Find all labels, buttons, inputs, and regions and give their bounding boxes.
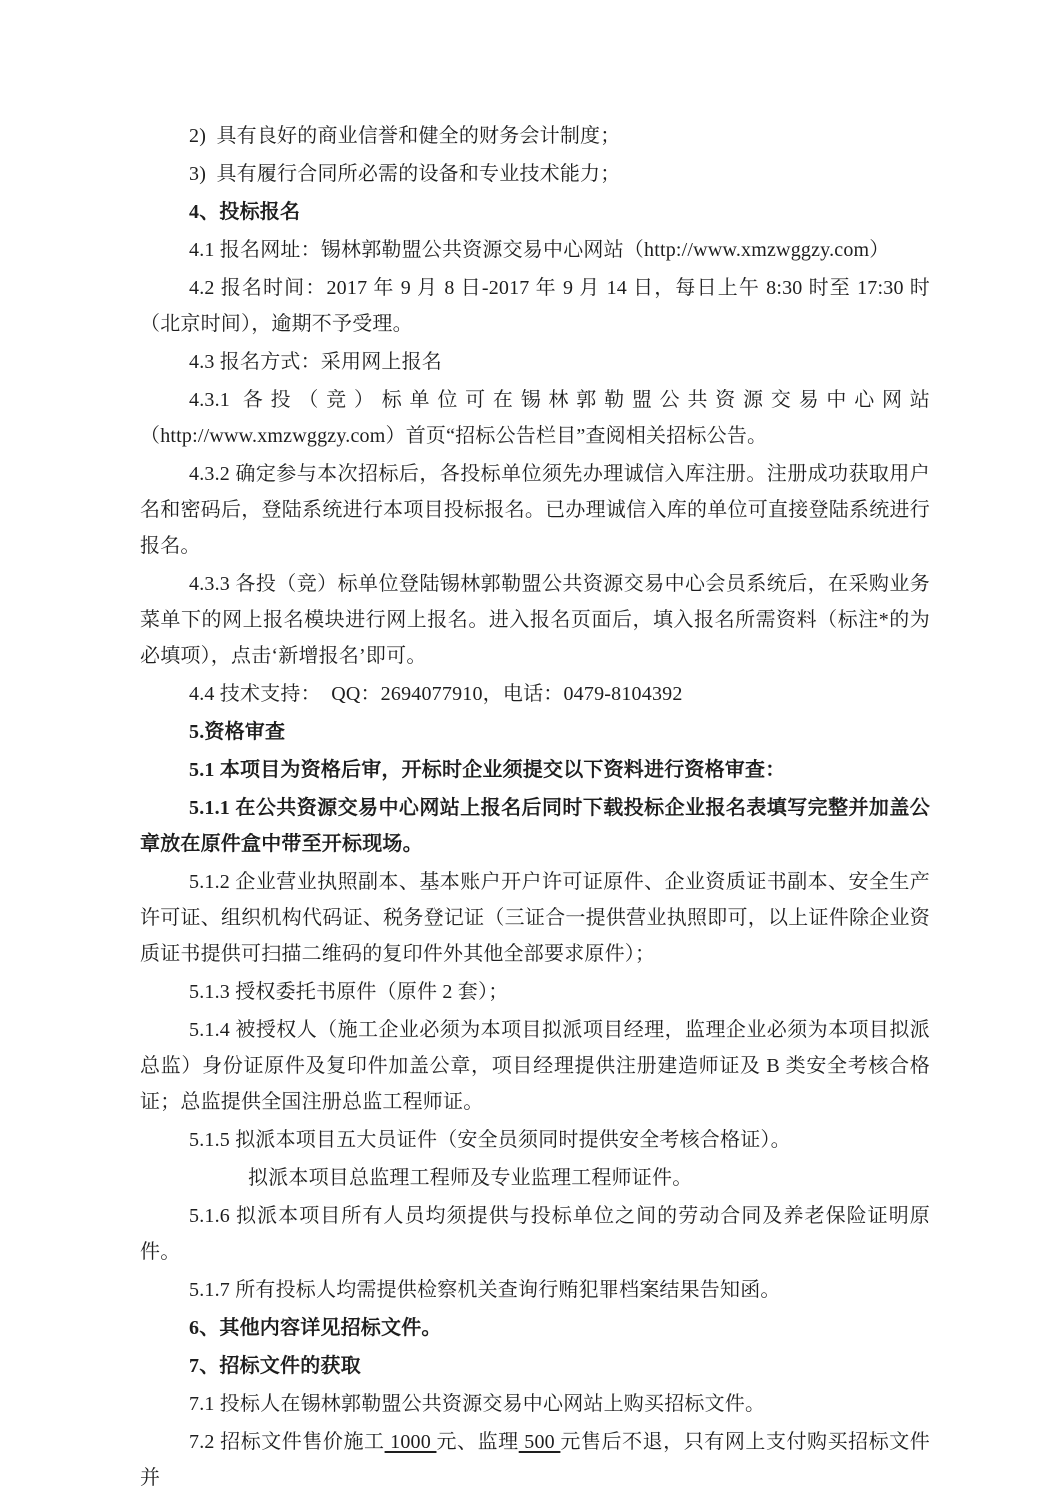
clause-5-1: 5.1 本项目为资格后审，开标时企业须提交以下资料进行资格审查： [140,752,930,788]
clause-2: 2) 具有良好的商业信誉和健全的财务会计制度； [140,118,930,154]
clause-4-3: 4.3 报名方式：采用网上报名 [140,344,930,380]
text-run: 4.3.2 确定参与本次招标后，各投标单位须先办理诚信入库注册。注册成功获取用户… [140,463,930,557]
text-run: 5.1 本项目为资格后审，开标时企业须提交以下资料进行资格审查： [189,759,785,781]
clause-5-1-6: 5.1.6 拟派本项目所有人员均须提供与投标单位之间的劳动合同及养老保险证明原件… [140,1198,930,1270]
clause-5-1-5: 5.1.5 拟派本项目五大员证件（安全员须同时提供安全考核合格证）。 [140,1122,930,1158]
text-run: 4.4 技术支持： QQ：2694077910，电话：0479-8104392 [189,683,683,705]
clause-7-1: 7.1 投标人在锡林郭勒盟公共资源交易中心网站上购买招标文件。 [140,1386,930,1422]
text-run: 5.1.4 被授权人（施工企业必须为本项目拟派项目经理，监理企业必须为本项目拟派… [140,1019,930,1113]
clause-4-1: 4.1 报名网址：锡林郭勒盟公共资源交易中心网站（http://www.xmzw… [140,232,930,268]
clause-3: 3) 具有履行合同所必需的设备和专业技术能力； [140,156,930,192]
clause-5-1-7: 5.1.7 所有投标人均需提供检察机关查询行贿犯罪档案结果告知函。 [140,1272,930,1308]
clause-4-4: 4.4 技术支持： QQ：2694077910，电话：0479-8104392 [140,676,930,712]
text-run: 4.1 报名网址：锡林郭勒盟公共资源交易中心网站（http://www.xmzw… [189,239,890,261]
text-run: 5.1.2 企业营业执照副本、基本账户开户许可证原件、企业资质证书副本、安全生产… [140,871,930,965]
text-run: 4.3.1 各投（竞）标单位可在锡林郭勒盟公共资源交易中心网站（http://w… [140,389,930,447]
clause-5-1-1: 5.1.1 在公共资源交易中心网站上报名后同时下载投标企业报名表填写完整并加盖公… [140,790,930,862]
heading-7: 7、招标文件的获取 [140,1348,930,1384]
text-run: 4.3 报名方式：采用网上报名 [189,351,442,373]
text-run: 5.1.1 在公共资源交易中心网站上报名后同时下载投标企业报名表填写完整并加盖公… [140,797,930,855]
heading-4: 4、投标报名 [140,194,930,230]
heading-5: 5.资格审查 [140,714,930,750]
text-run: 5.1.6 拟派本项目所有人员均须提供与投标单位之间的劳动合同及养老保险证明原件… [140,1205,930,1263]
underlined-value: 500 [519,1431,561,1453]
document-page: 2) 具有良好的商业信誉和健全的财务会计制度； 3) 具有履行合同所必需的设备和… [0,0,1060,1500]
clause-4-2: 4.2 报名时间：2017 年 9 月 8 日-2017 年 9 月 14 日，… [140,270,930,342]
clause-5-1-2: 5.1.2 企业营业执照副本、基本账户开户许可证原件、企业资质证书副本、安全生产… [140,864,930,972]
clause-5-1-4: 5.1.4 被授权人（施工企业必须为本项目拟派项目经理，监理企业必须为本项目拟派… [140,1012,930,1120]
text-run: 5.资格审查 [189,721,285,743]
text-run: 4、投标报名 [189,201,300,223]
note-5-1-5: 拟派本项目总监理工程师及专业监理工程师证件。 [140,1160,930,1196]
text-run: 7.2 招标文件售价施工 [189,1431,385,1453]
clause-4-3-2: 4.3.2 确定参与本次招标后，各投标单位须先办理诚信入库注册。注册成功获取用户… [140,456,930,564]
text-run: 5.1.5 拟派本项目五大员证件（安全员须同时提供安全考核合格证）。 [189,1129,791,1151]
clause-4-3-3: 4.3.3 各投（竞）标单位登陆锡林郭勒盟公共资源交易中心会员系统后，在采购业务… [140,566,930,674]
clause-5-1-3: 5.1.3 授权委托书原件（原件 2 套）； [140,974,930,1010]
underlined-value: 1000 [385,1431,437,1453]
document-body: 2) 具有良好的商业信誉和健全的财务会计制度； 3) 具有履行合同所必需的设备和… [140,118,930,1498]
text-run: 2) 具有良好的商业信誉和健全的财务会计制度； [189,125,620,147]
text-run: 拟派本项目总监理工程师及专业监理工程师证件。 [248,1167,692,1189]
text-run: 元、监理 [436,1431,518,1453]
text-run: 3) 具有履行合同所必需的设备和专业技术能力； [189,163,620,185]
text-run: 4.3.3 各投（竞）标单位登陆锡林郭勒盟公共资源交易中心会员系统后，在采购业务… [140,573,930,667]
clause-4-3-1: 4.3.1 各投（竞）标单位可在锡林郭勒盟公共资源交易中心网站（http://w… [140,382,930,454]
text-run: 7、招标文件的获取 [189,1355,361,1377]
text-run: 5.1.3 授权委托书原件（原件 2 套）； [189,981,508,1003]
text-run: 7.1 投标人在锡林郭勒盟公共资源交易中心网站上购买招标文件。 [189,1393,765,1415]
heading-6: 6、其他内容详见招标文件。 [140,1310,930,1346]
text-run: 5.1.7 所有投标人均需提供检察机关查询行贿犯罪档案结果告知函。 [189,1279,781,1301]
text-run: 6、其他内容详见招标文件。 [189,1317,442,1339]
clause-7-2: 7.2 招标文件售价施工 1000 元、监理 500 元售后不退，只有网上支付购… [140,1424,930,1496]
text-run: 4.2 报名时间：2017 年 9 月 8 日-2017 年 9 月 14 日，… [140,277,930,335]
